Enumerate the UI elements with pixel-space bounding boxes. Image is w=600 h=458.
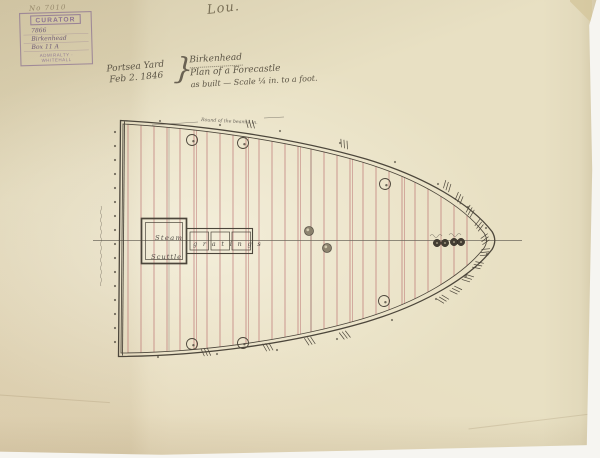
steam-scuttle-label-2: Scuttle	[151, 253, 182, 261]
illegible-bitts-note-1	[430, 235, 442, 238]
scanned-ship-plan: No 7010 CURATOR 7866 Birkenhead Box 11 A…	[0, 0, 600, 458]
illegible-bitts-note-2	[449, 234, 461, 237]
forecastle-deck-drawing: Steam Scuttle g r a t i n g s Round of t…	[0, 0, 600, 458]
beam-note-text: Round of the beam 4 in.	[200, 117, 258, 126]
gratings-label: g r a t i n g s	[193, 240, 263, 248]
illegible-margin-note	[100, 206, 101, 286]
steam-scuttle-label-1: Steam	[155, 234, 183, 242]
gratings-hatch: g r a t i n g s	[187, 229, 263, 254]
